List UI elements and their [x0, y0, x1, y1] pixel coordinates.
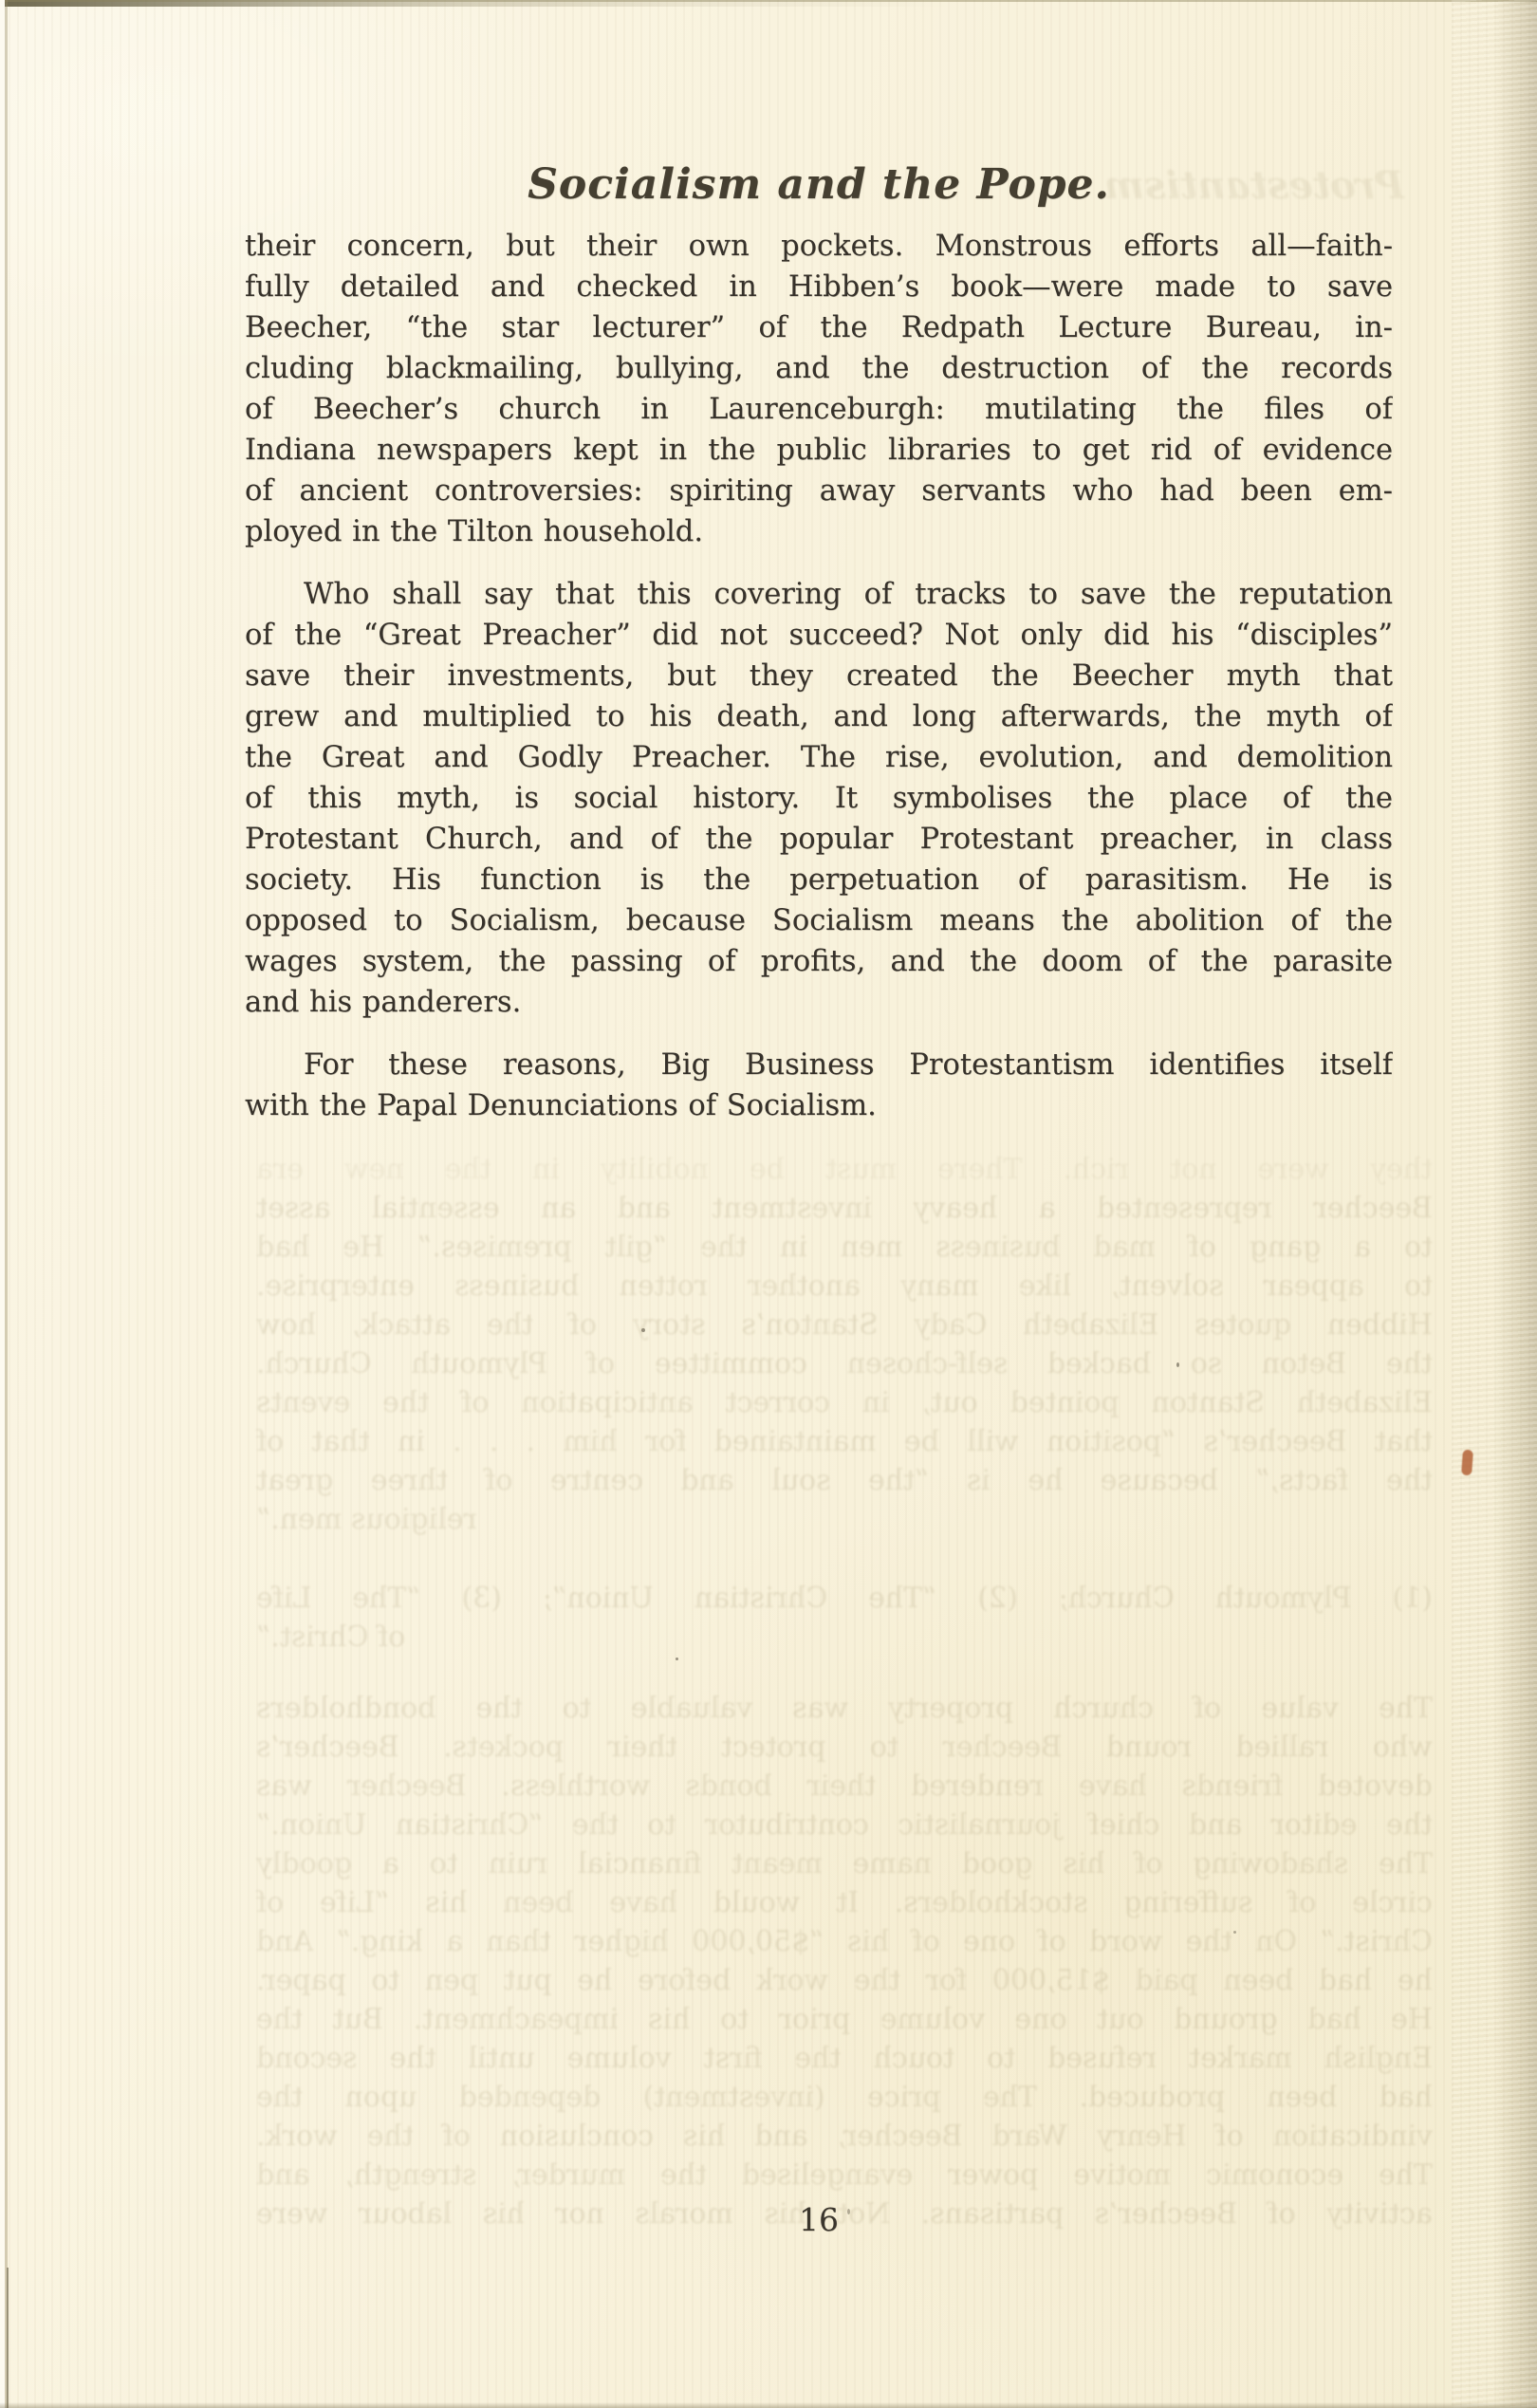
text-line: wages system, the passing of profits, an… [245, 941, 1393, 982]
text-line: society. His function is the perpetuatio… [245, 860, 1393, 900]
text-line: of ancient controversies: spiriting away… [245, 471, 1393, 511]
text-line: cluding blackmailing, bullying, and the … [245, 348, 1393, 389]
text-line: For these reasons, Big Business Protesta… [245, 1045, 1393, 1085]
bleed-through-text: they were not rich. There must be nobili… [256, 1150, 1433, 2233]
bleed-through-line: (1) Plymouth Church; (2) “The Christian … [256, 1579, 1433, 1618]
text-line: and his panderers. [245, 982, 1393, 1023]
bleed-through-line: that Beecher’s “position will be maintai… [256, 1422, 1433, 1461]
text-line: with the Papal Denunciations of Socialis… [245, 1085, 1393, 1126]
paragraph: For these reasons, Big Business Protesta… [245, 1045, 1393, 1126]
bleed-through-line: who rallied round Beecher to protect the… [256, 1728, 1433, 1767]
text-line: Indiana newspapers kept in the public li… [245, 430, 1393, 471]
book-page-scan: Protestantism Socialism and the Pope. th… [0, 0, 1537, 2408]
text-line: ployed in the Tilton household. [245, 511, 1393, 552]
bleed-through-line: had been produced. The price (investment… [256, 2078, 1433, 2117]
page-number: 16 [245, 2201, 1393, 2238]
bleed-through-line: of Christ.” [256, 1618, 1433, 1657]
bleed-through-line: they were not rich. There must be nobili… [256, 1150, 1433, 1189]
bleed-through-line: he had been paid $15,000 for the work be… [256, 1961, 1433, 2000]
text-line: the Great and Godly Preacher. The rise, … [245, 737, 1393, 778]
bleed-through-line: The economic motive power evangelised th… [256, 2156, 1433, 2195]
bleed-through-line: religious men.” [256, 1500, 1433, 1539]
bleed-through-line: Elizabeth Stanton pointed out, in correc… [256, 1383, 1433, 1422]
bleed-through-line: The value of church property was valuabl… [256, 1689, 1433, 1728]
text-line: fully detailed and checked in Hibben’s b… [245, 267, 1393, 307]
text-line: of Beecher’s church in Laurenceburgh: mu… [245, 389, 1393, 430]
paper-speck [1176, 1362, 1179, 1367]
paragraph: Who shall say that this covering of trac… [245, 574, 1393, 1023]
page-title: Socialism and the Pope. [245, 161, 1393, 209]
paper-speck [1233, 1931, 1236, 1934]
page-top-edge-hairline [0, 0, 1537, 2]
bleed-through-line: vindication of Henry Ward Beecher, and h… [256, 2117, 1433, 2156]
bottom-left-edge-line [7, 2268, 9, 2408]
bleed-through-line: the Beton so backed self-chosen committe… [256, 1344, 1433, 1383]
text-line: opposed to Socialism, because Socialism … [245, 900, 1393, 941]
bleed-through-line: English market refused to touch the firs… [256, 2039, 1433, 2078]
text-line: their concern, but their own pockets. Mo… [245, 226, 1393, 267]
bleed-through-line: circle of suffering stockholders. It wou… [256, 1883, 1433, 1922]
text-line: Protestant Church, and of the popular Pr… [245, 819, 1393, 860]
text-line: grew and multiplied to his death, and lo… [245, 696, 1393, 737]
text-line: Beecher, “the star lecturer” of the Redp… [245, 307, 1393, 348]
bleed-through-line: the editor and chief journalistic contri… [256, 1806, 1433, 1844]
bleed-through-line: He had ground out one volume prior to hi… [256, 2000, 1433, 2039]
text-column: Socialism and the Pope. their concern, b… [245, 161, 1393, 1126]
text-line: of this myth, is social history. It symb… [245, 778, 1393, 819]
red-fiber-speck [1461, 1450, 1473, 1476]
paper-speck [847, 2209, 850, 2214]
paragraph: their concern, but their own pockets. Mo… [245, 226, 1393, 552]
text-line: of the “Great Preacher” did not succeed?… [245, 615, 1393, 656]
page-right-edge-shade [1493, 0, 1537, 2408]
bleed-through-line: to appear solvent, like many another rot… [256, 1267, 1433, 1306]
bleed-through-line: Beecher represented a heavy investment a… [256, 1189, 1433, 1228]
bleed-through-line: Hibben quotes Elizabeth Cady Stanton’s s… [256, 1306, 1433, 1344]
bleed-through-line: Christ.” On the word of one of his “$50,… [256, 1922, 1433, 1961]
bleed-through-line: to a gang of mad business men in the “gi… [256, 1228, 1433, 1267]
bleed-through-line: devoted friends have rendered their bond… [256, 1767, 1433, 1806]
bleed-through-line: the facts,” because he is “the soul and … [256, 1461, 1433, 1500]
text-line: save their investments, but they created… [245, 656, 1393, 696]
bleed-through-line: The shadowing of his good name meant fin… [256, 1844, 1433, 1883]
text-line: Who shall say that this covering of trac… [245, 574, 1393, 615]
paper-speck [641, 1328, 645, 1332]
page-left-edge-line [5, 0, 8, 2408]
body-text: their concern, but their own pockets. Mo… [245, 226, 1393, 1126]
page-bottom-edge-shadow [0, 2402, 1537, 2408]
paper-speck [676, 1658, 678, 1660]
